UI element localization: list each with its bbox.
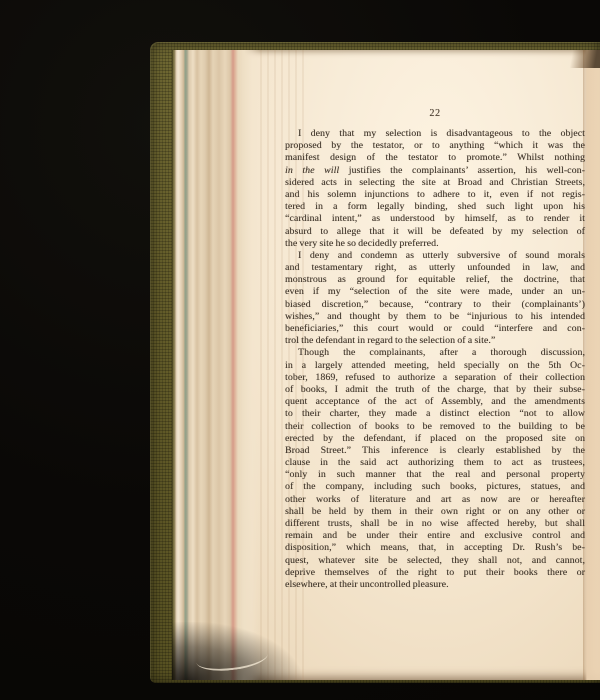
text-line: quent acceptance of the act of Assembly,… xyxy=(285,396,585,408)
text-segment: wishes,” and thought by them to be “inju… xyxy=(285,311,585,322)
text-segment: clause in the said act authorizing them … xyxy=(285,457,585,468)
text-segment: biased discretion,” because, “contrary t… xyxy=(285,299,585,310)
text-line: of books, I admit the truth of the charg… xyxy=(285,384,585,396)
photo-background: 22 I deny that my selection is disadvant… xyxy=(0,0,600,700)
text-line: monstrous as ground for equitable relief… xyxy=(285,274,585,286)
text-line: in the will justifies the complainants’ … xyxy=(285,165,585,177)
text-segment: “only in such manner that the real and p… xyxy=(285,469,585,480)
text-segment: tered in a form legally binding, shed su… xyxy=(285,201,585,212)
text-segment: their collection of books to be removed … xyxy=(285,421,585,432)
text-segment: even if my “selection of the site were m… xyxy=(285,286,585,297)
text-line: tober, 1869, refused to authorize a sepa… xyxy=(285,372,585,384)
text-line: the very site he so decidedly preferred. xyxy=(285,238,585,250)
text-segment: absurd to allege that it will be defeate… xyxy=(285,226,585,237)
text-line: deprive themselves of the right to put t… xyxy=(285,567,585,579)
text-segment: manifest design of the testator to promo… xyxy=(285,152,585,163)
text-segment: of the company, including such books, pi… xyxy=(285,481,585,492)
text-segment: beneficiaries,” this court would or coul… xyxy=(285,323,585,334)
text-line: wishes,” and thought by them to be “inju… xyxy=(285,311,585,323)
text-segment: and his solemn injunctions to adhere to … xyxy=(285,189,585,200)
text-line: manifest design of the testator to promo… xyxy=(285,152,585,164)
text-line: even if my “selection of the site were m… xyxy=(285,286,585,298)
text-line: I deny that my selection is disadvantage… xyxy=(285,128,585,140)
text-line: Broad Street.” This inference is clearly… xyxy=(285,445,585,457)
text-segment: I deny and condemn as utterly subversive… xyxy=(298,250,585,261)
text-segment: Broad Street.” This inference is clearly… xyxy=(285,445,585,456)
page-corner-shadow xyxy=(554,50,600,68)
page-text-paragraphs: I deny that my selection is disadvantage… xyxy=(285,128,585,591)
page-area: 22 I deny that my selection is disadvant… xyxy=(172,50,600,680)
text-segment: the very site he so decidedly preferred. xyxy=(285,238,439,249)
text-segment: erected by the defendant, if placed on t… xyxy=(285,433,585,444)
text-segment: trol the defendant in regard to the sele… xyxy=(285,335,495,346)
text-line: to their charter, they made a distinct e… xyxy=(285,408,585,420)
text-line: and his solemn injunctions to adhere to … xyxy=(285,189,585,201)
text-segment: sidered acts in selecting the site at Br… xyxy=(285,177,585,188)
text-segment: in a largely attended meeting, held spec… xyxy=(285,360,585,371)
text-line: absurd to allege that it will be defeate… xyxy=(285,226,585,238)
text-segment: disposition,” which means, that, in acce… xyxy=(285,542,585,553)
text-line: disposition,” which means, that, in acce… xyxy=(285,542,585,554)
text-line: biased discretion,” because, “contrary t… xyxy=(285,299,585,311)
text-segment: and testamentary right, as utterly unfou… xyxy=(285,262,585,273)
text-line: I deny and condemn as utterly subversive… xyxy=(285,250,585,262)
text-line: trol the defendant in regard to the sele… xyxy=(285,335,585,347)
text-line: other works of literature and art as now… xyxy=(285,494,585,506)
text-segment: Though the complainants, after a thoroug… xyxy=(298,347,585,358)
text-segment: other works of literature and art as now… xyxy=(285,494,585,505)
text-line: elsewhere, at their uncontrolled pleasur… xyxy=(285,579,585,591)
text-line: and testamentary right, as utterly unfou… xyxy=(285,262,585,274)
text-segment: “cardinal intent,” as understood by hims… xyxy=(285,213,585,224)
page-number: 22 xyxy=(285,108,585,120)
text-segment: proposed by the testator, or to anything… xyxy=(285,140,585,151)
text-segment: monstrous as ground for equitable relief… xyxy=(285,274,585,285)
text-line: beneficiaries,” this court would or coul… xyxy=(285,323,585,335)
text-segment: I deny that my selection is disadvantage… xyxy=(298,128,585,139)
text-segment: deprive themselves of the right to put t… xyxy=(285,567,585,578)
text-segment: remain and be under their entire and exc… xyxy=(285,530,585,541)
text-line: “cardinal intent,” as understood by hims… xyxy=(285,213,585,225)
text-line: shall be held by them in their own right… xyxy=(285,506,585,518)
text-line: their collection of books to be removed … xyxy=(285,421,585,433)
text-segment: quest, whatever site be selected, they s… xyxy=(285,555,585,566)
text-segment: of books, I admit the truth of the charg… xyxy=(285,384,585,395)
page-text: 22 I deny that my selection is disadvant… xyxy=(285,108,585,591)
paragraph: I deny and condemn as utterly subversive… xyxy=(285,250,585,348)
text-segment: tober, 1869, refused to authorize a sepa… xyxy=(285,372,585,383)
page-right-edge xyxy=(583,50,600,680)
text-segment: quent acceptance of the act of Assembly,… xyxy=(285,396,585,407)
text-line: proposed by the testator, or to anything… xyxy=(285,140,585,152)
paragraph: I deny that my selection is disadvantage… xyxy=(285,128,585,250)
text-line: in a largely attended meeting, held spec… xyxy=(285,360,585,372)
text-line: remain and be under their entire and exc… xyxy=(285,530,585,542)
text-line: Though the complainants, after a thoroug… xyxy=(285,347,585,359)
paragraph: Though the complainants, after a thoroug… xyxy=(285,347,585,591)
text-line: of the company, including such books, pi… xyxy=(285,481,585,493)
text-segment: justifies the complainants’ assertion, h… xyxy=(339,165,585,176)
text-segment: shall be held by them in their own right… xyxy=(285,506,585,517)
text-segment: to their charter, they made a distinct e… xyxy=(285,408,585,419)
text-line: erected by the defendant, if placed on t… xyxy=(285,433,585,445)
text-line: quest, whatever site be selected, they s… xyxy=(285,555,585,567)
text-line: sidered acts in selecting the site at Br… xyxy=(285,177,585,189)
text-segment: elsewhere, at their uncontrolled pleasur… xyxy=(285,579,449,590)
page-fore-edges xyxy=(172,50,260,680)
text-segment: different trusts, shall be in no wise af… xyxy=(285,518,585,529)
book: 22 I deny that my selection is disadvant… xyxy=(150,42,600,683)
italic-text: in the will xyxy=(285,165,339,176)
text-line: clause in the said act authorizing them … xyxy=(285,457,585,469)
text-line: “only in such manner that the real and p… xyxy=(285,469,585,481)
text-line: different trusts, shall be in no wise af… xyxy=(285,518,585,530)
text-line: tered in a form legally binding, shed su… xyxy=(285,201,585,213)
